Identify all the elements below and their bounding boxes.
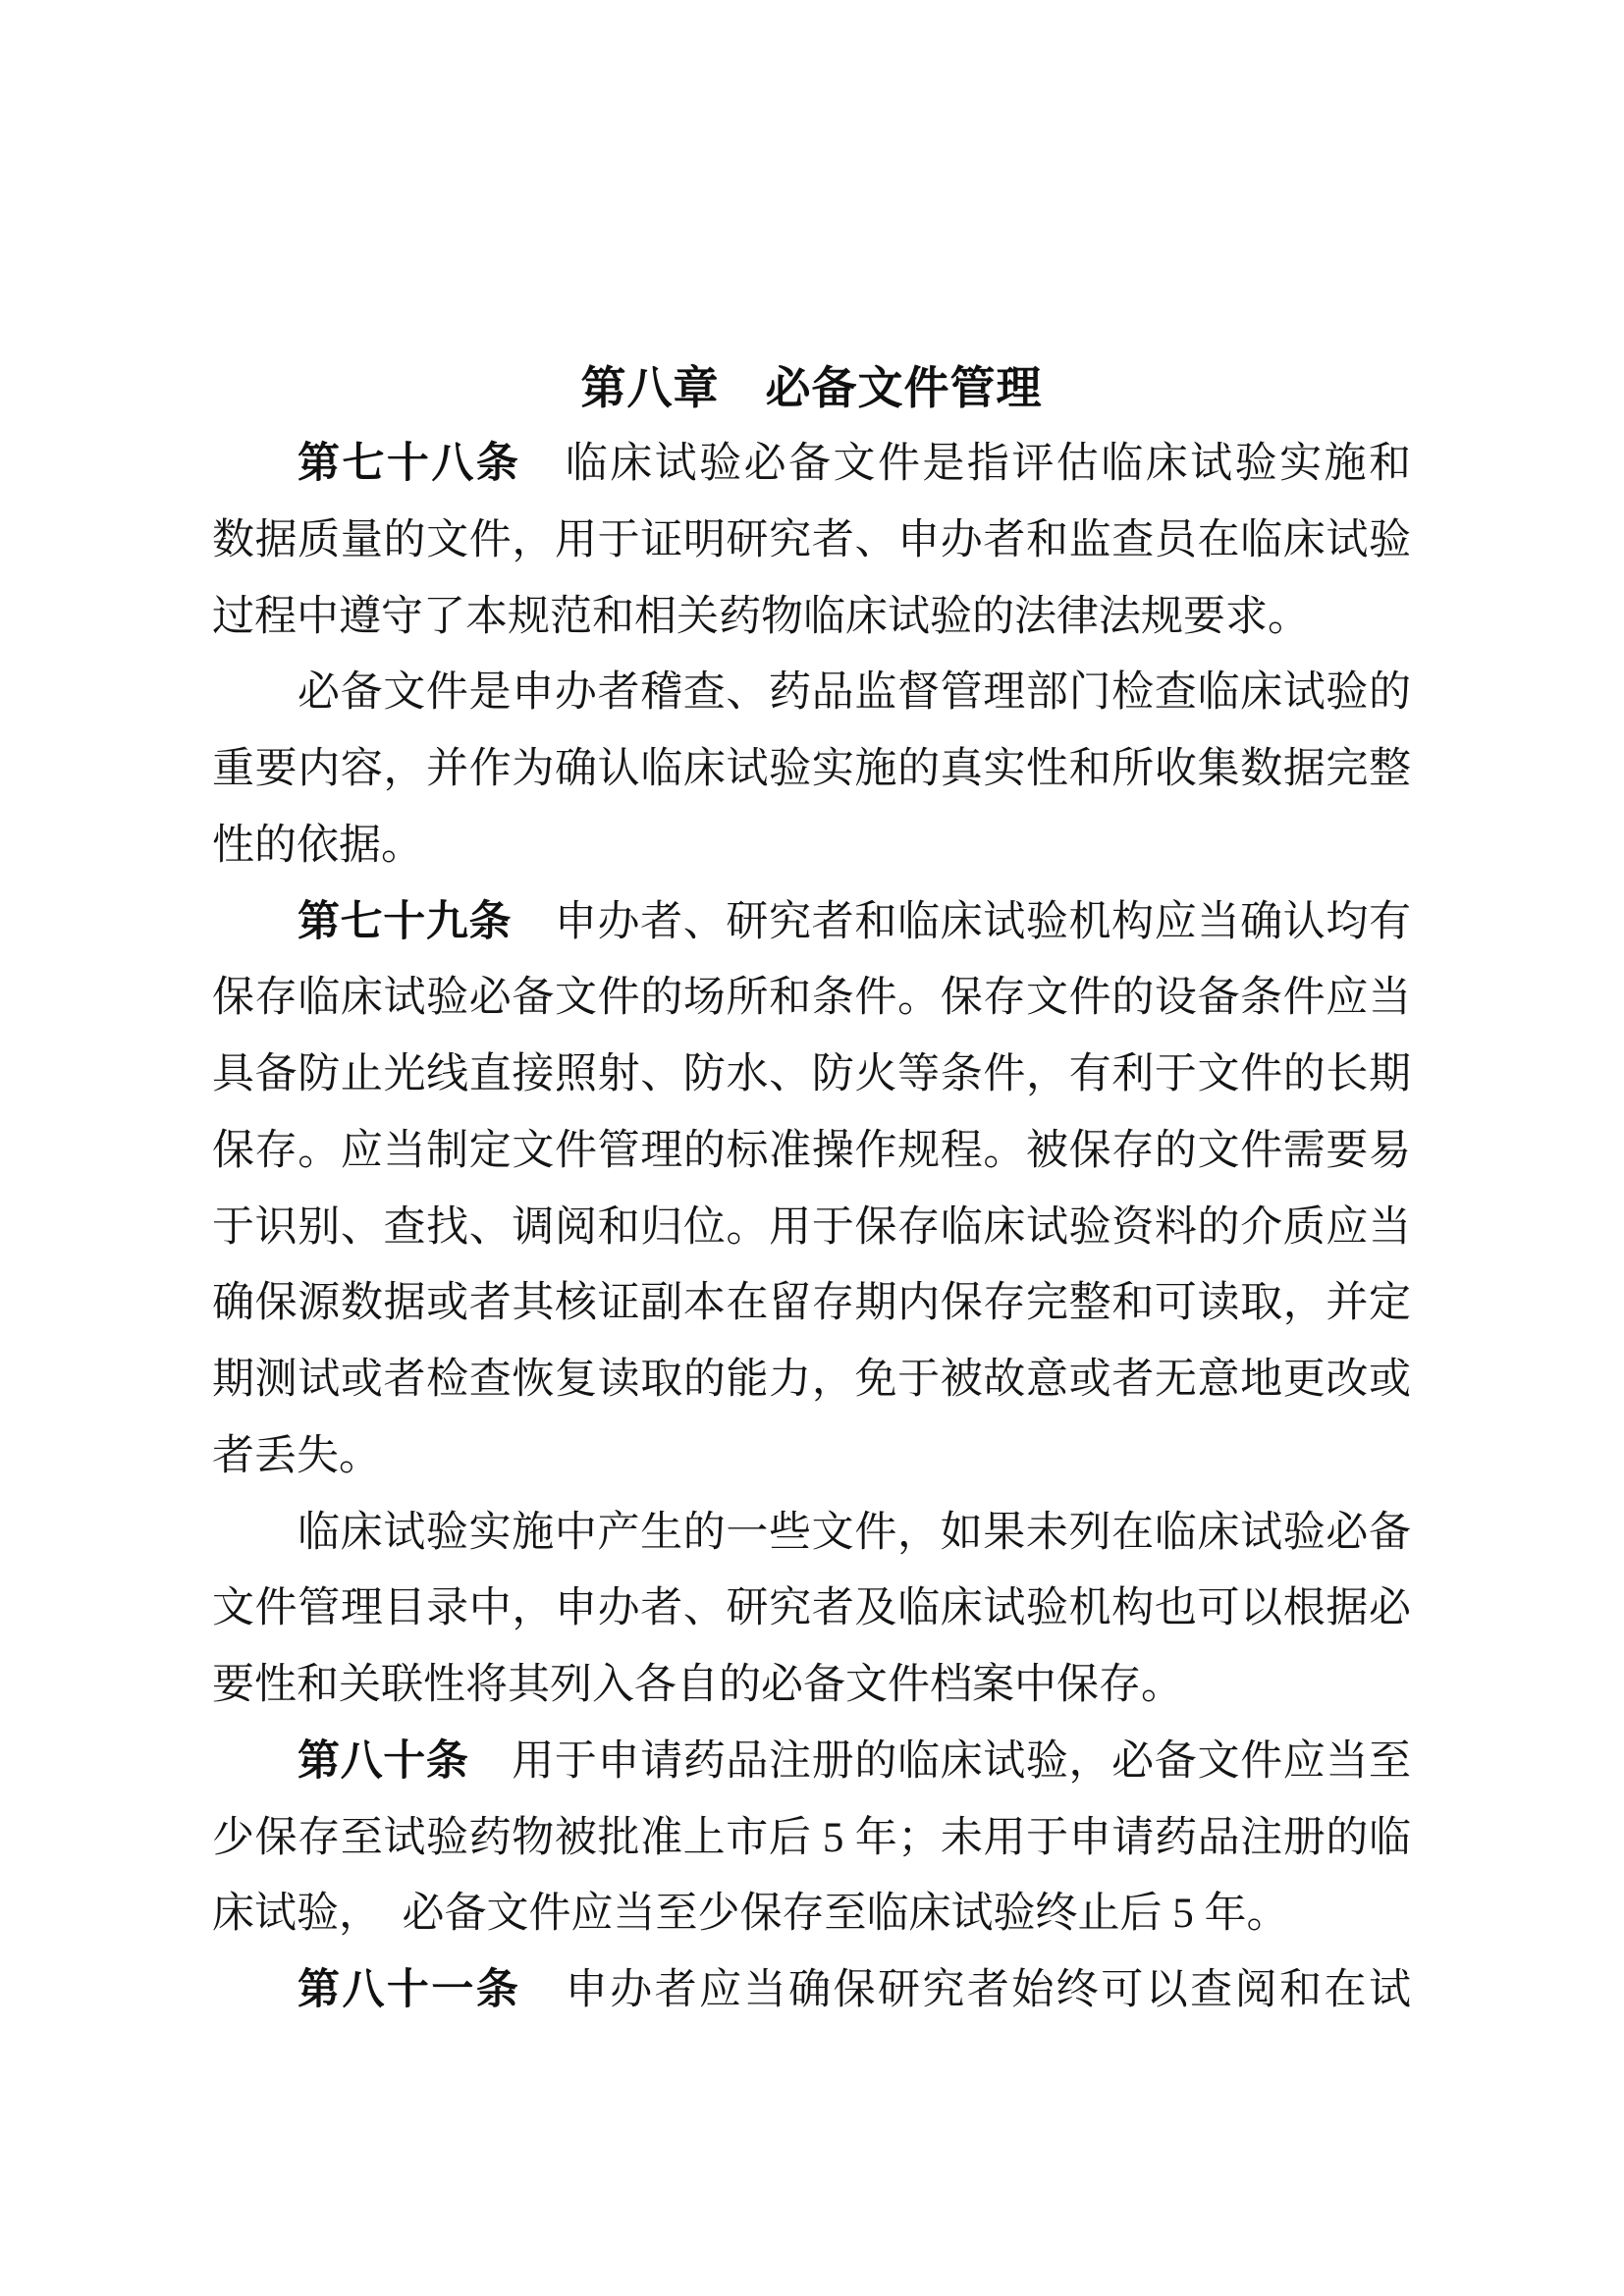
text-line: 者丢失。 (212, 1418, 1411, 1495)
text-line: 要性和关联性将其列入各自的必备文件档案中保存。 (212, 1647, 1411, 1724)
chapter-title: 第八章 必备文件管理 (212, 349, 1411, 426)
text-line: 数据质量的文件，用于证明研究者、申办者和监查员在临床试验 (212, 503, 1411, 579)
text-line: 第七十九条 申办者、研究者和临床试验机构应当确认均有 (212, 884, 1411, 961)
text-line: 于识别、查找、调阅和归位。用于保存临床试验资料的介质应当 (212, 1190, 1411, 1266)
text-line: 保存临床试验必备文件的场所和条件。保存文件的设备条件应当 (212, 960, 1411, 1037)
text-line: 保存。应当制定文件管理的标准操作规程。被保存的文件需要易 (212, 1113, 1411, 1190)
document-page: 第八章 必备文件管理 第七十八条 临床试验必备文件是指评估临床试验实施和数据质量… (0, 0, 1624, 2296)
text-line: 第八十条 用于申请药品注册的临床试验，必备文件应当至 (212, 1724, 1411, 1800)
text-line: 第八十一条 申办者应当确保研究者始终可以查阅和在试 (212, 1952, 1411, 2029)
text-line: 具备防止光线直接照射、防水、防火等条件，有利于文件的长期 (212, 1037, 1411, 1113)
text-line: 期测试或者检查恢复读取的能力，免于被故意或者无意地更改或 (212, 1342, 1411, 1418)
document-body: 第七十八条 临床试验必备文件是指评估临床试验实施和数据质量的文件，用于证明研究者… (212, 426, 1411, 2029)
text-line: 重要内容，并作为确认临床试验实施的真实性和所收集数据完整 (212, 731, 1411, 808)
article-number: 第八十一条 (298, 1966, 520, 2013)
article-number: 第七十九条 (298, 898, 512, 945)
document-content: 第八章 必备文件管理 第七十八条 临床试验必备文件是指评估临床试验实施和数据质量… (212, 349, 1411, 2029)
article-number: 第七十八条 (298, 440, 520, 487)
text-line: 床试验， 必备文件应当至少保存至临床试验终止后 5 年。 (212, 1876, 1411, 1952)
text-line: 临床试验实施中产生的一些文件，如果未列在临床试验必备 (212, 1495, 1411, 1572)
text-line: 第七十八条 临床试验必备文件是指评估临床试验实施和 (212, 426, 1411, 503)
text-line: 少保存至试验药物被批准上市后 5 年；未用于申请药品注册的临 (212, 1800, 1411, 1877)
text-line: 确保源数据或者其核证副本在留存期内保存完整和可读取，并定 (212, 1265, 1411, 1342)
article-number: 第八十条 (298, 1737, 469, 1785)
text-line: 必备文件是申办者稽查、药品监督管理部门检查临床试验的 (212, 655, 1411, 731)
text-line: 文件管理目录中，申办者、研究者及临床试验机构也可以根据必 (212, 1571, 1411, 1647)
text-line: 过程中遵守了本规范和相关药物临床试验的法律法规要求。 (212, 579, 1411, 656)
text-line: 性的依据。 (212, 808, 1411, 884)
